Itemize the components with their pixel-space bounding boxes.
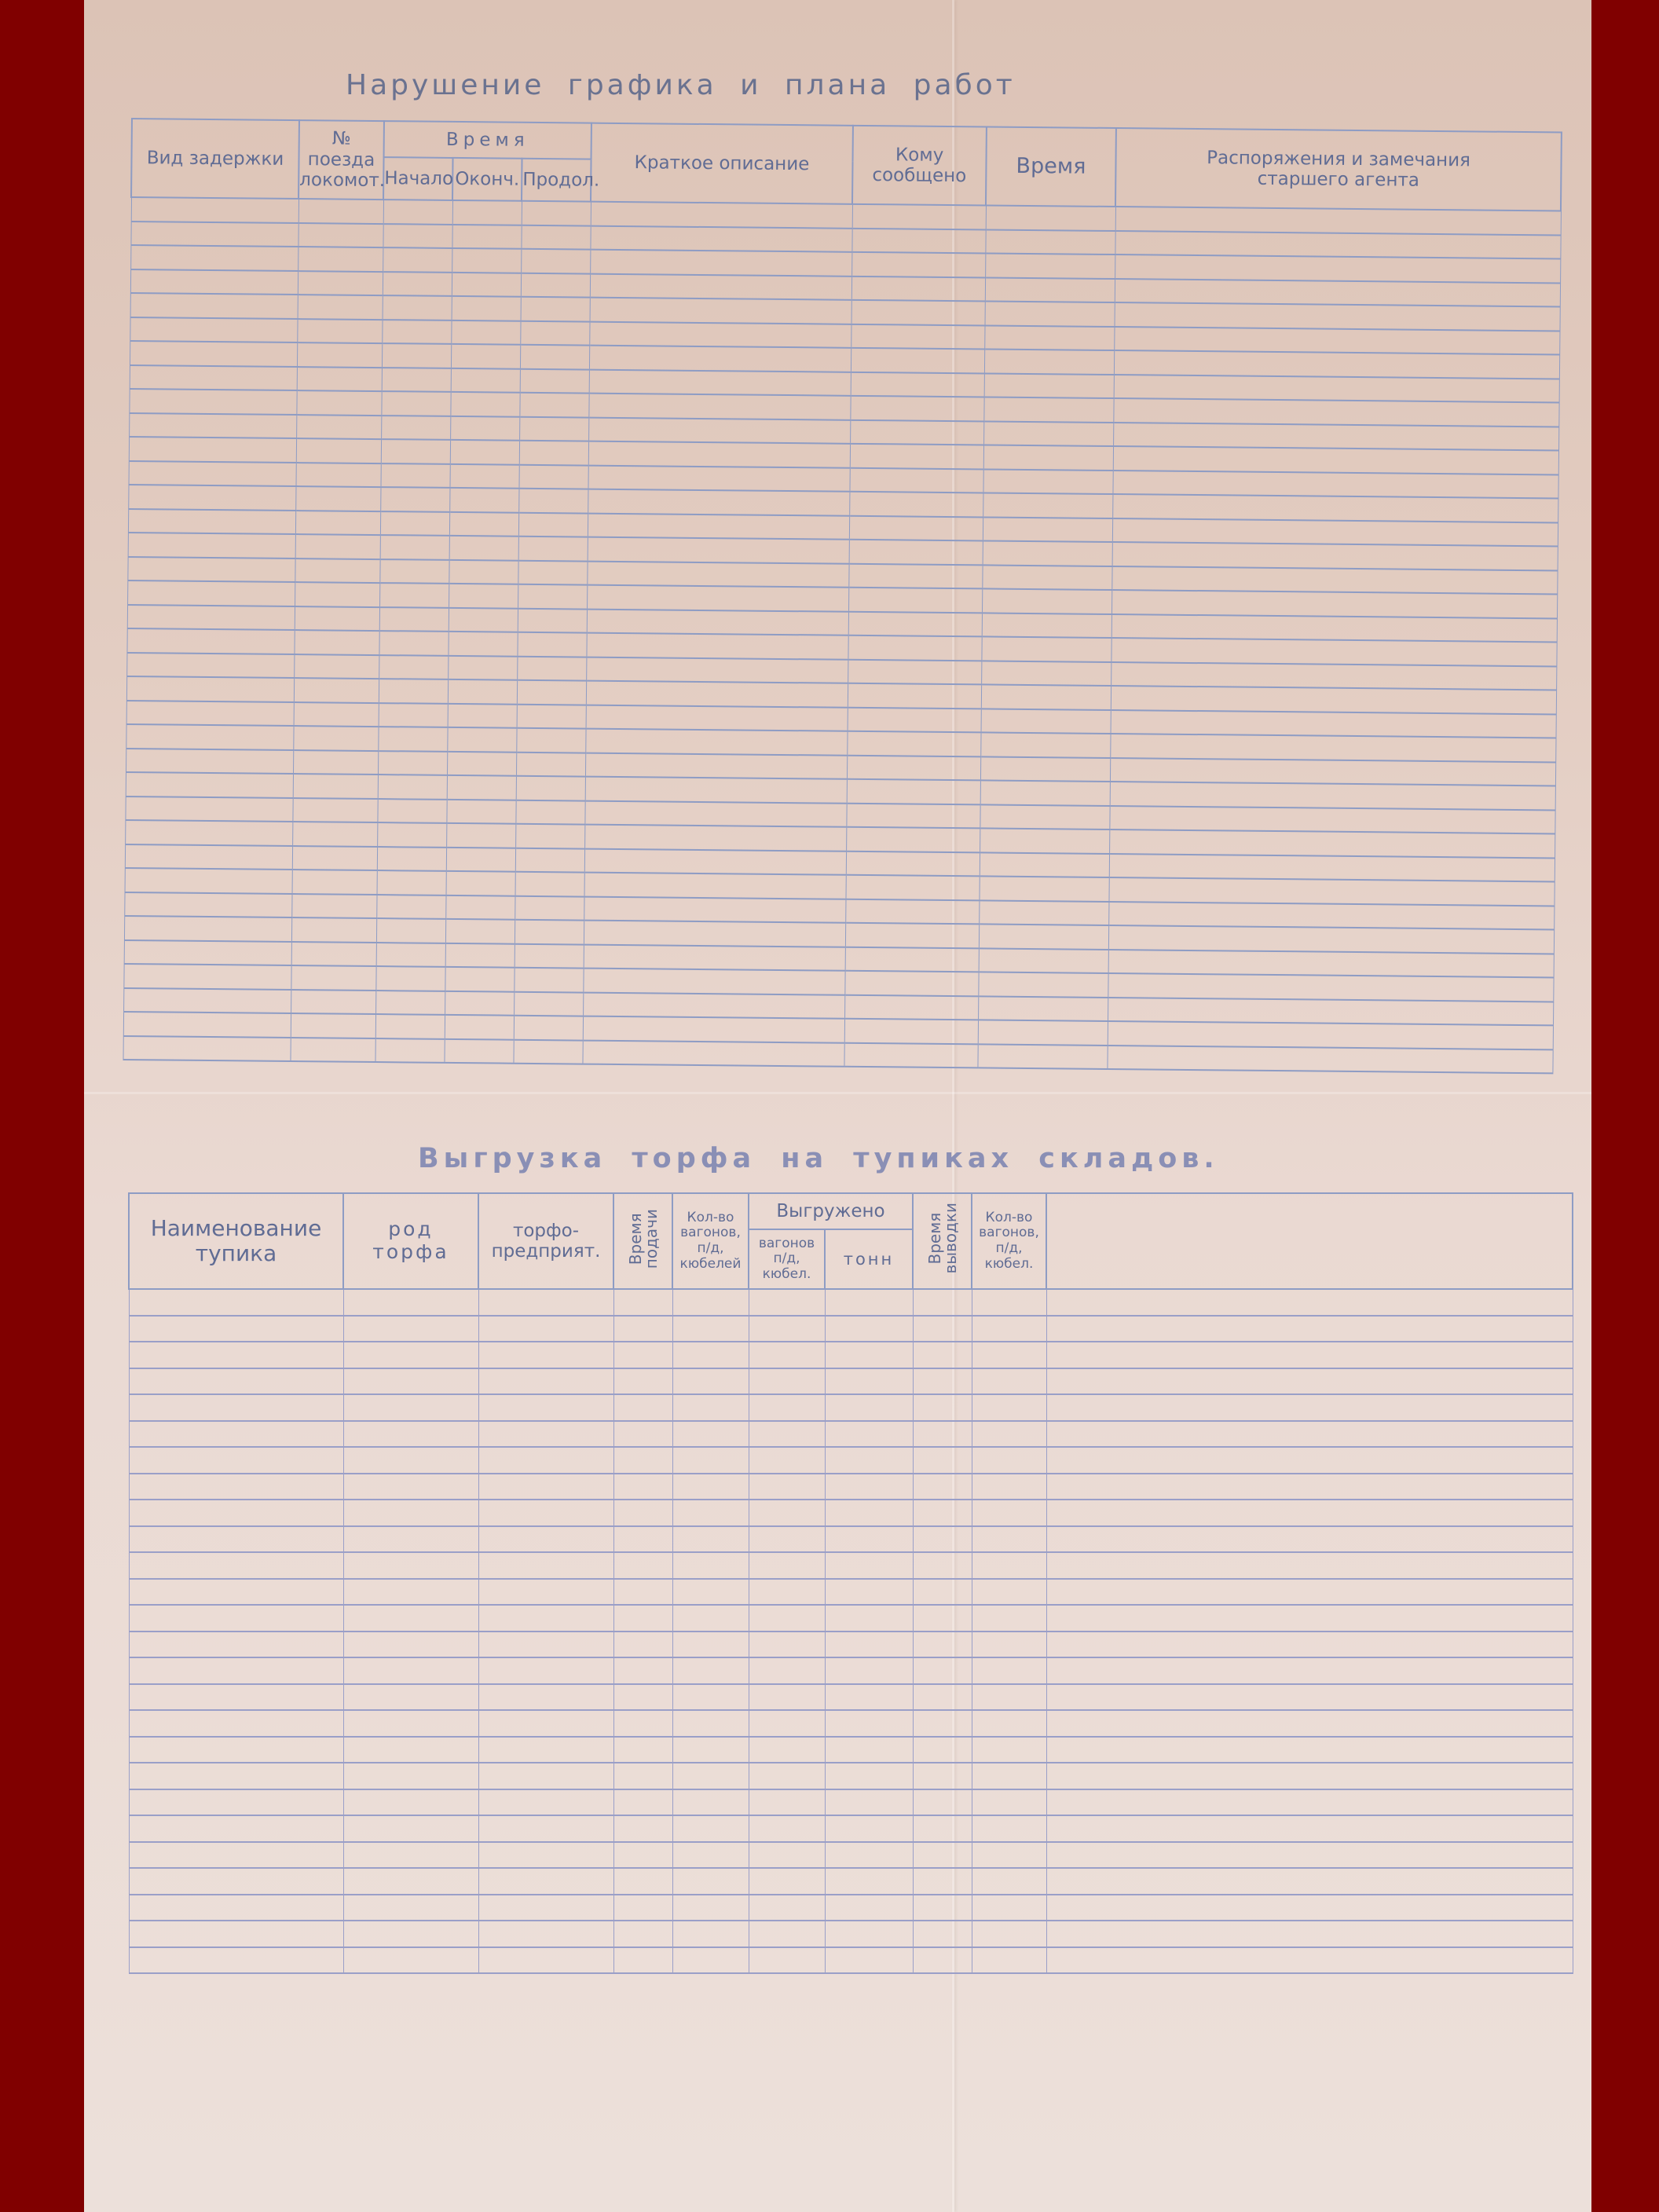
table-cell[interactable] [478, 1474, 613, 1500]
table-cell[interactable] [124, 892, 291, 917]
table-cell[interactable] [672, 1868, 749, 1895]
table-cell[interactable] [749, 1763, 825, 1789]
table-cell[interactable] [913, 1605, 972, 1632]
table-cell[interactable] [848, 707, 981, 732]
table-cell[interactable] [518, 489, 588, 513]
table-cell[interactable] [825, 1763, 913, 1789]
table-cell[interactable] [446, 847, 515, 871]
table-cell[interactable] [849, 515, 983, 540]
table-cell[interactable] [292, 798, 377, 823]
table-cell[interactable] [448, 703, 517, 727]
table-cell[interactable] [1046, 1763, 1573, 1789]
table-cell[interactable] [825, 1394, 913, 1421]
table-cell[interactable] [851, 300, 985, 325]
table-cell[interactable] [1046, 1579, 1573, 1606]
table-cell[interactable] [749, 1789, 825, 1816]
table-cell[interactable] [590, 250, 851, 276]
table-cell[interactable] [478, 1684, 613, 1711]
table-cell[interactable] [749, 1657, 825, 1684]
table-cell[interactable] [749, 1895, 825, 1921]
table-cell[interactable] [343, 1868, 478, 1895]
table-cell[interactable] [129, 1342, 343, 1368]
table-cell[interactable] [298, 295, 383, 320]
table-cell[interactable] [125, 844, 292, 870]
table-cell[interactable] [521, 225, 590, 249]
table-cell[interactable] [613, 1474, 672, 1500]
table-cell[interactable] [613, 1842, 672, 1869]
table-cell[interactable] [749, 1710, 825, 1737]
table-cell[interactable] [851, 252, 985, 277]
table-cell[interactable] [446, 799, 515, 823]
table-cell[interactable] [847, 755, 980, 780]
table-cell[interactable] [672, 1368, 749, 1395]
table-cell[interactable] [672, 1394, 749, 1421]
table-cell[interactable] [1046, 1815, 1573, 1842]
table-cell[interactable] [913, 1842, 972, 1869]
table-cell[interactable] [913, 1474, 972, 1500]
table-cell[interactable] [985, 277, 1115, 302]
table-cell[interactable] [516, 776, 585, 800]
table-cell[interactable] [825, 1737, 913, 1763]
table-cell[interactable] [852, 204, 986, 229]
table-cell[interactable] [519, 416, 588, 441]
table-cell[interactable] [825, 1552, 913, 1579]
table-cell[interactable] [478, 1394, 613, 1421]
table-cell[interactable] [983, 397, 1113, 422]
table-cell[interactable] [587, 585, 848, 612]
table-cell[interactable] [130, 269, 298, 295]
table-cell[interactable] [128, 508, 295, 534]
table-cell[interactable] [478, 1447, 613, 1474]
table-cell[interactable] [376, 895, 445, 919]
table-cell[interactable] [449, 488, 518, 512]
table-cell[interactable] [129, 1394, 343, 1421]
table-cell[interactable] [129, 1500, 343, 1526]
table-cell[interactable] [913, 1447, 972, 1474]
table-cell[interactable] [294, 630, 379, 655]
table-cell[interactable] [983, 469, 1112, 494]
table-cell[interactable] [972, 1842, 1046, 1869]
table-cell[interactable] [129, 1605, 343, 1632]
table-cell[interactable] [291, 1013, 375, 1038]
table-cell[interactable] [849, 467, 983, 493]
table-cell[interactable] [478, 1605, 613, 1632]
table-cell[interactable] [672, 1421, 749, 1448]
table-cell[interactable] [478, 1552, 613, 1579]
table-cell[interactable] [291, 965, 375, 991]
table-cell[interactable] [984, 349, 1114, 374]
table-cell[interactable] [589, 346, 851, 372]
table-cell[interactable] [478, 1657, 613, 1684]
table-cell[interactable] [1046, 1500, 1573, 1526]
table-cell[interactable] [979, 900, 1108, 925]
table-cell[interactable] [825, 1421, 913, 1448]
table-cell[interactable] [749, 1684, 825, 1711]
table-cell[interactable] [672, 1710, 749, 1737]
table-cell[interactable] [848, 683, 981, 709]
table-cell[interactable] [478, 1500, 613, 1526]
table-cell[interactable] [376, 918, 445, 943]
table-cell[interactable] [452, 200, 522, 225]
table-cell[interactable] [972, 1947, 1046, 1974]
table-cell[interactable] [913, 1421, 972, 1448]
table-cell[interactable] [515, 824, 584, 848]
table-cell[interactable] [123, 1035, 290, 1061]
table-cell[interactable] [297, 367, 382, 392]
table-cell[interactable] [292, 822, 377, 847]
table-cell[interactable] [588, 465, 849, 492]
table-cell[interactable] [295, 606, 379, 632]
table-cell[interactable] [672, 1579, 749, 1606]
table-cell[interactable] [478, 1737, 613, 1763]
table-cell[interactable] [982, 565, 1111, 590]
table-cell[interactable] [847, 779, 980, 804]
table-cell[interactable] [131, 197, 298, 223]
table-cell[interactable] [383, 247, 452, 272]
table-cell[interactable] [375, 991, 445, 1015]
table-cell[interactable] [589, 369, 851, 396]
table-cell[interactable] [588, 417, 850, 444]
table-cell[interactable] [379, 607, 449, 632]
table-cell[interactable] [584, 848, 846, 875]
table-cell[interactable] [343, 1474, 478, 1500]
table-cell[interactable] [125, 796, 292, 822]
table-cell[interactable] [343, 1947, 478, 1974]
table-cell[interactable] [343, 1316, 478, 1342]
table-cell[interactable] [518, 512, 588, 537]
table-cell[interactable] [980, 756, 1110, 782]
table-cell[interactable] [980, 828, 1109, 853]
table-cell[interactable] [130, 293, 298, 319]
table-cell[interactable] [972, 1421, 1046, 1448]
table-cell[interactable] [972, 1737, 1046, 1763]
table-cell[interactable] [1046, 1474, 1573, 1500]
table-cell[interactable] [749, 1632, 825, 1658]
table-cell[interactable] [381, 463, 450, 488]
table-cell[interactable] [979, 924, 1108, 949]
table-cell[interactable] [380, 535, 449, 559]
table-cell[interactable] [129, 412, 296, 438]
table-cell[interactable] [129, 1474, 343, 1500]
table-cell[interactable] [129, 1316, 343, 1342]
table-cell[interactable] [983, 421, 1113, 446]
table-cell[interactable] [296, 390, 381, 416]
table-cell[interactable] [451, 320, 520, 344]
table-cell[interactable] [129, 1289, 343, 1316]
table-cell[interactable] [129, 1368, 343, 1395]
table-cell[interactable] [972, 1552, 1046, 1579]
table-cell[interactable] [981, 661, 1111, 686]
table-cell[interactable] [517, 632, 586, 657]
table-cell[interactable] [979, 948, 1108, 973]
table-cell[interactable] [129, 1895, 343, 1921]
table-cell[interactable] [845, 947, 979, 972]
table-cell[interactable] [749, 1316, 825, 1342]
table-cell[interactable] [985, 253, 1115, 278]
table-cell[interactable] [514, 1016, 583, 1040]
table-cell[interactable] [126, 652, 294, 678]
table-cell[interactable] [825, 1895, 913, 1921]
table-cell[interactable] [672, 1316, 749, 1342]
table-cell[interactable] [844, 1019, 978, 1044]
table-cell[interactable] [296, 438, 381, 463]
table-cell[interactable] [295, 558, 379, 584]
table-cell[interactable] [450, 392, 519, 416]
table-cell[interactable] [613, 1342, 672, 1368]
table-cell[interactable] [613, 1552, 672, 1579]
table-cell[interactable] [972, 1632, 1046, 1658]
table-cell[interactable] [613, 1289, 672, 1316]
table-cell[interactable] [130, 364, 297, 390]
table-cell[interactable] [844, 1042, 977, 1068]
table-cell[interactable] [825, 1579, 913, 1606]
table-cell[interactable] [129, 1868, 343, 1895]
table-cell[interactable] [383, 295, 452, 320]
table-cell[interactable] [123, 964, 291, 990]
table-cell[interactable] [130, 317, 297, 342]
table-cell[interactable] [449, 607, 518, 632]
table-cell[interactable] [518, 560, 587, 584]
table-cell[interactable] [379, 631, 448, 655]
table-cell[interactable] [124, 916, 291, 942]
table-cell[interactable] [749, 1289, 825, 1316]
table-cell[interactable] [517, 704, 586, 728]
table-cell[interactable] [585, 729, 847, 756]
table-cell[interactable] [447, 751, 516, 775]
table-cell[interactable] [298, 271, 383, 296]
table-cell[interactable] [672, 1815, 749, 1842]
table-cell[interactable] [293, 750, 378, 775]
table-cell[interactable] [129, 389, 296, 415]
table-cell[interactable] [1046, 1868, 1573, 1895]
table-cell[interactable] [979, 876, 1108, 901]
table-cell[interactable] [749, 1921, 825, 1947]
table-cell[interactable] [825, 1657, 913, 1684]
table-cell[interactable] [913, 1500, 972, 1526]
table-cell[interactable] [972, 1684, 1046, 1711]
table-cell[interactable] [913, 1789, 972, 1816]
table-cell[interactable] [478, 1289, 613, 1316]
table-cell[interactable] [825, 1500, 913, 1526]
table-cell[interactable] [129, 1947, 343, 1974]
table-cell[interactable] [516, 752, 585, 776]
table-cell[interactable] [293, 774, 378, 799]
table-cell[interactable] [980, 780, 1110, 805]
table-cell[interactable] [297, 319, 382, 344]
table-cell[interactable] [520, 320, 589, 345]
table-cell[interactable] [519, 393, 588, 417]
table-cell[interactable] [584, 921, 845, 947]
table-cell[interactable] [913, 1657, 972, 1684]
table-cell[interactable] [913, 1552, 972, 1579]
table-cell[interactable] [1046, 1710, 1573, 1737]
table-cell[interactable] [749, 1737, 825, 1763]
table-cell[interactable] [296, 415, 381, 440]
table-cell[interactable] [672, 1684, 749, 1711]
table-cell[interactable] [982, 613, 1111, 638]
table-cell[interactable] [123, 987, 291, 1013]
table-cell[interactable] [478, 1579, 613, 1606]
table-cell[interactable] [514, 991, 583, 1016]
table-cell[interactable] [981, 636, 1111, 661]
table-cell[interactable] [518, 584, 587, 609]
table-cell[interactable] [825, 1289, 913, 1316]
table-cell[interactable] [343, 1289, 478, 1316]
table-cell[interactable] [383, 200, 452, 224]
table-cell[interactable] [583, 1016, 844, 1043]
table-cell[interactable] [521, 249, 590, 273]
table-cell[interactable] [291, 990, 375, 1015]
table-cell[interactable] [449, 463, 518, 488]
table-cell[interactable] [343, 1579, 478, 1606]
table-cell[interactable] [377, 799, 446, 823]
table-cell[interactable] [478, 1947, 613, 1974]
table-cell[interactable] [515, 895, 584, 920]
table-cell[interactable] [478, 1632, 613, 1658]
table-cell[interactable] [521, 273, 590, 297]
table-cell[interactable] [126, 748, 293, 774]
table-cell[interactable] [130, 245, 298, 271]
table-cell[interactable] [378, 775, 447, 799]
table-cell[interactable] [448, 679, 517, 704]
table-cell[interactable] [517, 680, 586, 705]
table-cell[interactable] [452, 272, 521, 296]
table-cell[interactable] [972, 1605, 1046, 1632]
table-cell[interactable] [478, 1421, 613, 1448]
table-cell[interactable] [382, 368, 451, 392]
table-cell[interactable] [517, 656, 586, 680]
table-cell[interactable] [445, 1015, 514, 1039]
table-cell[interactable] [449, 584, 518, 608]
table-cell[interactable] [129, 1447, 343, 1474]
table-cell[interactable] [379, 559, 449, 584]
table-cell[interactable] [913, 1684, 972, 1711]
table-cell[interactable] [1046, 1394, 1573, 1421]
table-cell[interactable] [984, 325, 1114, 350]
table-cell[interactable] [749, 1605, 825, 1632]
table-cell[interactable] [913, 1368, 972, 1395]
table-cell[interactable] [848, 563, 982, 588]
table-cell[interactable] [825, 1868, 913, 1895]
table-cell[interactable] [825, 1447, 913, 1474]
table-cell[interactable] [343, 1394, 478, 1421]
table-cell[interactable] [972, 1815, 1046, 1842]
table-cell[interactable] [452, 296, 521, 320]
table-cell[interactable] [297, 342, 382, 368]
table-cell[interactable] [375, 1038, 444, 1063]
table-cell[interactable] [518, 537, 588, 561]
table-cell[interactable] [588, 537, 849, 564]
table-cell[interactable] [379, 679, 448, 703]
table-cell[interactable] [672, 1737, 749, 1763]
table-cell[interactable] [983, 517, 1112, 542]
table-cell[interactable] [672, 1526, 749, 1553]
table-cell[interactable] [672, 1842, 749, 1869]
table-cell[interactable] [749, 1947, 825, 1974]
table-cell[interactable] [1107, 1045, 1552, 1073]
table-cell[interactable] [584, 873, 846, 899]
table-cell[interactable] [375, 1014, 445, 1038]
table-cell[interactable] [825, 1789, 913, 1816]
table-cell[interactable] [613, 1947, 672, 1974]
table-cell[interactable] [749, 1842, 825, 1869]
table-cell[interactable] [850, 396, 983, 421]
table-cell[interactable] [343, 1921, 478, 1947]
table-cell[interactable] [129, 1657, 343, 1684]
table-cell[interactable] [825, 1842, 913, 1869]
table-cell[interactable] [980, 852, 1109, 877]
table-cell[interactable] [478, 1368, 613, 1395]
table-cell[interactable] [844, 994, 978, 1020]
table-cell[interactable] [825, 1632, 913, 1658]
table-cell[interactable] [849, 492, 983, 517]
table-cell[interactable] [343, 1789, 478, 1816]
table-cell[interactable] [1046, 1895, 1573, 1921]
table-cell[interactable] [845, 875, 979, 900]
table-cell[interactable] [298, 199, 383, 224]
table-cell[interactable] [513, 1039, 582, 1064]
table-cell[interactable] [984, 373, 1114, 398]
table-cell[interactable] [588, 441, 850, 468]
table-cell[interactable] [972, 1394, 1046, 1421]
table-cell[interactable] [586, 633, 848, 660]
table-cell[interactable] [587, 561, 848, 588]
table-cell[interactable] [291, 917, 376, 943]
table-cell[interactable] [123, 1012, 291, 1038]
table-cell[interactable] [590, 225, 851, 252]
table-cell[interactable] [127, 604, 295, 630]
table-cell[interactable] [981, 709, 1111, 734]
table-cell[interactable] [515, 848, 584, 872]
table-cell[interactable] [130, 222, 298, 247]
table-cell[interactable] [586, 657, 848, 683]
table-cell[interactable] [478, 1526, 613, 1553]
table-cell[interactable] [343, 1737, 478, 1763]
table-cell[interactable] [613, 1789, 672, 1816]
table-cell[interactable] [1046, 1921, 1573, 1947]
table-cell[interactable] [451, 344, 520, 368]
table-cell[interactable] [478, 1921, 613, 1947]
table-cell[interactable] [913, 1316, 972, 1342]
table-cell[interactable] [825, 1342, 913, 1368]
table-cell[interactable] [343, 1842, 478, 1869]
table-cell[interactable] [972, 1316, 1046, 1342]
table-cell[interactable] [449, 511, 518, 536]
table-cell[interactable] [848, 659, 981, 684]
table-cell[interactable] [1046, 1552, 1573, 1579]
table-cell[interactable] [851, 324, 984, 349]
table-cell[interactable] [977, 1044, 1107, 1069]
table-cell[interactable] [672, 1921, 749, 1947]
table-cell[interactable] [586, 681, 848, 708]
table-cell[interactable] [128, 533, 295, 558]
table-cell[interactable] [590, 298, 851, 324]
table-cell[interactable] [1046, 1632, 1573, 1658]
table-cell[interactable] [129, 437, 296, 463]
table-cell[interactable] [383, 272, 452, 296]
table-cell[interactable] [378, 751, 447, 775]
table-cell[interactable] [749, 1447, 825, 1474]
table-cell[interactable] [972, 1657, 1046, 1684]
table-cell[interactable] [478, 1815, 613, 1842]
table-cell[interactable] [295, 534, 380, 559]
table-cell[interactable] [972, 1579, 1046, 1606]
table-cell[interactable] [515, 800, 584, 824]
table-cell[interactable] [589, 321, 851, 348]
table-cell[interactable] [343, 1552, 478, 1579]
table-cell[interactable] [672, 1500, 749, 1526]
table-cell[interactable] [129, 1579, 343, 1606]
